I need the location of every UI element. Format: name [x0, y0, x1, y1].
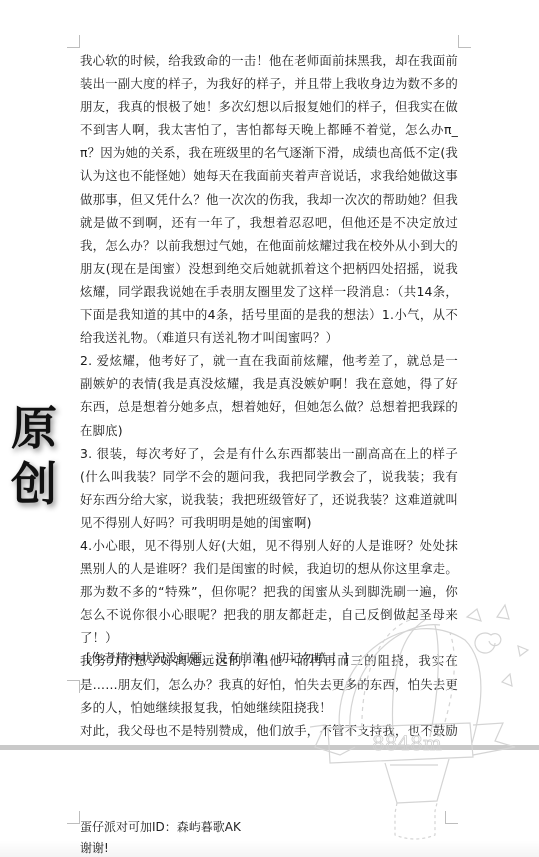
contact-id-line: 蛋仔派对可加ID：森屿暮歌AK	[80, 817, 241, 838]
paragraph: 我心软的时候，给我致命的一击！他在老师面前抹黑我，却在我面前装出一副大度的样子，…	[80, 49, 458, 349]
paragraph: 2. 爱炫耀，他考好了，就一直在我面前炫耀，他考差了，就总是一副嫉妒的表情(我是…	[80, 349, 458, 441]
hot-air-balloon-watermark: 8848m	[290, 585, 539, 845]
paragraph: 3. 很装，每次考好了，会是有什么东西都装出一副高高在上的样子(什么叫我装？同学…	[80, 442, 458, 534]
footer-text[interactable]: 蛋仔派对可加ID：森屿暮歌AK 谢谢!	[80, 817, 241, 857]
thanks-line: 谢谢!	[80, 838, 241, 857]
original-stamp: 原 创	[6, 400, 62, 512]
page-corner-mark-bottom-left	[67, 680, 80, 693]
page-corner-mark-top-left	[67, 35, 80, 48]
page-corner-mark-top-left	[67, 811, 80, 824]
stamp-char-2: 创	[6, 456, 62, 512]
stamp-char-1: 原	[6, 400, 62, 456]
page-corner-mark-top-right	[458, 35, 471, 48]
balloon-label: 8848m	[372, 731, 442, 755]
